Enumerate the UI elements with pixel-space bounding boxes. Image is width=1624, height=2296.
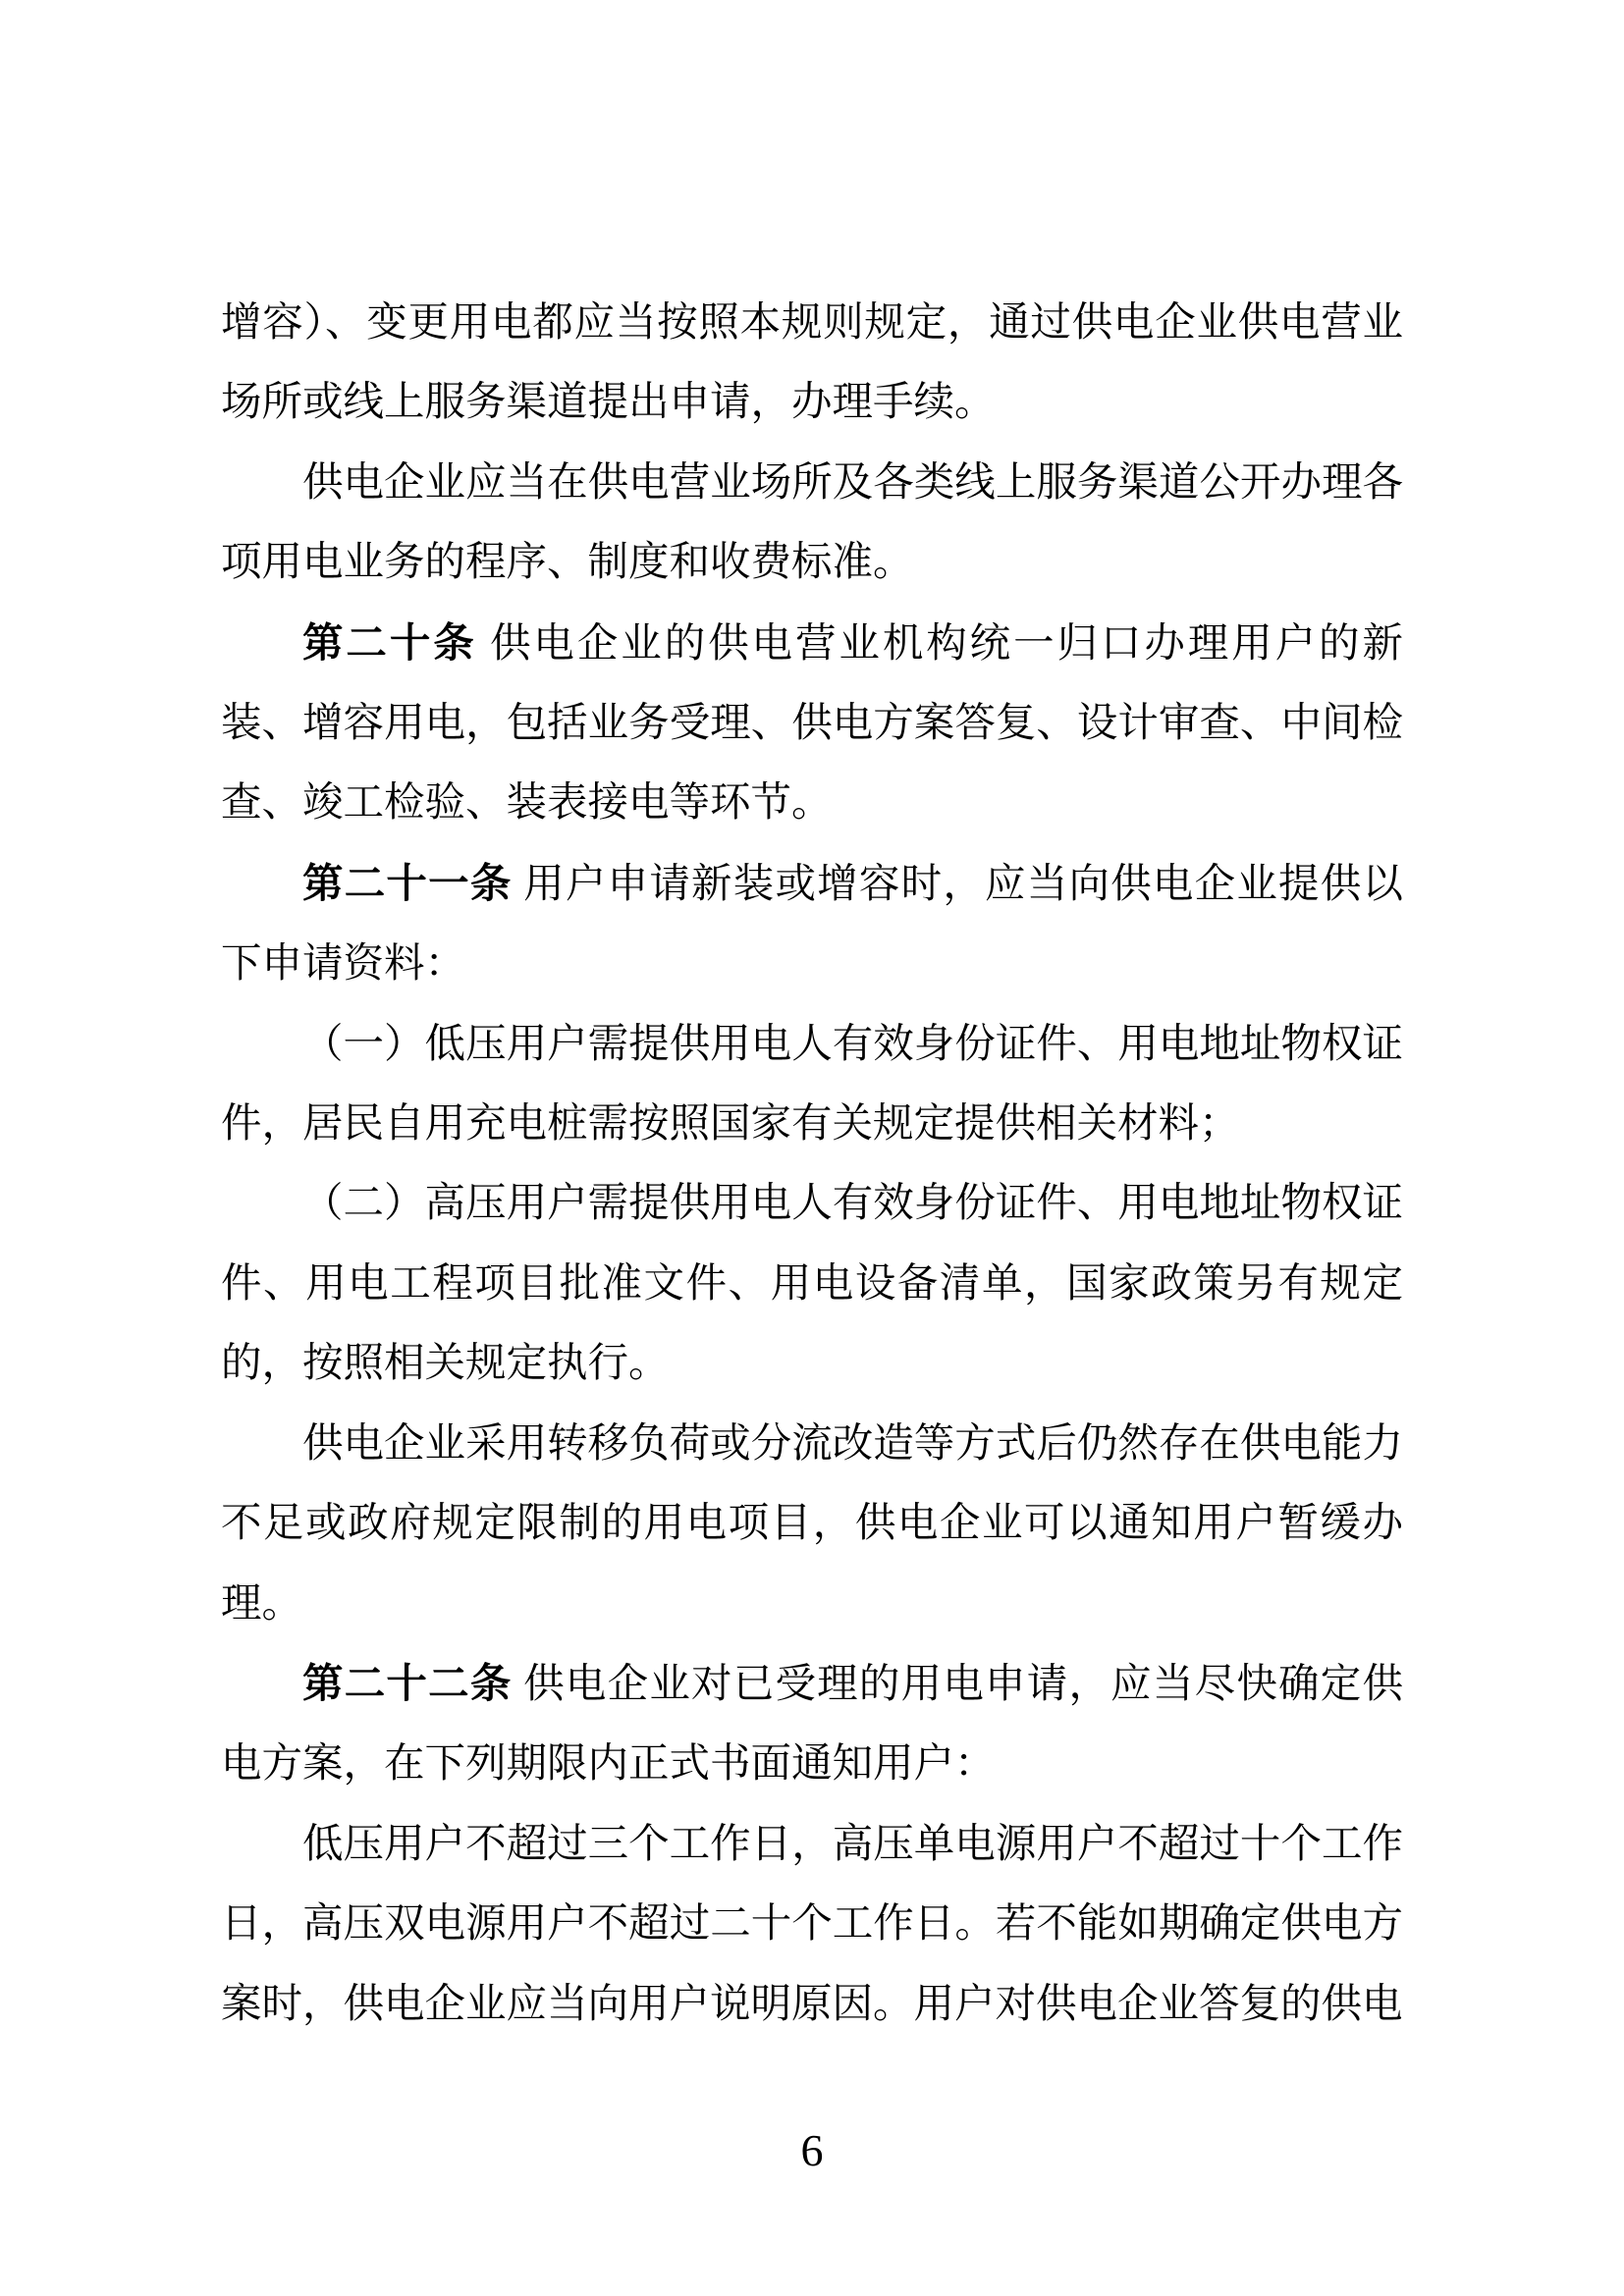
paragraph-text: （二）高压用户需提供用电人有效身份证件、用电地址物权证件、用电工程项目批准文件、… (221, 1180, 1403, 1385)
paragraph: 第二十二条 供电企业对已受理的用电申请，应当尽快确定供电方案，在下列期限内正式书… (221, 1643, 1403, 1804)
document-page: 增容）、变更用电都应当按照本规则规定，通过供电企业供电营业场所或线上服务渠道提出… (0, 0, 1624, 2296)
paragraph-text: 供电企业采用转移负荷或分流改造等方式后仍然存在供电能力不足或政府规定限制的用电项… (221, 1420, 1403, 1626)
paragraph: 第二十一条 用户申请新装或增容时，应当向供电企业提供以下申请资料： (221, 843, 1403, 1004)
article-number: 第二十一条 (302, 860, 513, 906)
text-body: 增容）、变更用电都应当按照本规则规定，通过供电企业供电营业场所或线上服务渠道提出… (221, 283, 1403, 2044)
paragraph-text: （一）低压用户需提供用电人有效身份证件、用电地址物权证件，居民自用充电桩需按照国… (221, 1021, 1403, 1146)
paragraph: 低压用户不超过三个工作日，高压单电源用户不超过十个工作日，高压双电源用户不超过二… (221, 1804, 1403, 2044)
paragraph: 供电企业采用转移负荷或分流改造等方式后仍然存在供电能力不足或政府规定限制的用电项… (221, 1404, 1403, 1643)
paragraph-text: 增容）、变更用电都应当按照本规则规定，通过供电企业供电营业场所或线上服务渠道提出… (221, 299, 1403, 424)
paragraph: （二）高压用户需提供用电人有效身份证件、用电地址物权证件、用电工程项目批准文件、… (221, 1163, 1403, 1403)
paragraph: （一）低压用户需提供用电人有效身份证件、用电地址物权证件，居民自用充电桩需按照国… (221, 1004, 1403, 1164)
page-number: 6 (0, 2128, 1624, 2173)
article-number: 第二十二条 (302, 1660, 513, 1706)
paragraph-text: 低压用户不超过三个工作日，高压单电源用户不超过十个工作日，高压双电源用户不超过二… (221, 1821, 1403, 2026)
paragraph-text: 供电企业应当在供电营业场所及各类线上服务渠道公开办理各项用电业务的程序、制度和收… (221, 459, 1403, 584)
paragraph: 供电企业应当在供电营业场所及各类线上服务渠道公开办理各项用电业务的程序、制度和收… (221, 443, 1403, 603)
paragraph: 第二十条 供电企业的供电营业机构统一归口办理用户的新装、增容用电，包括业务受理、… (221, 603, 1403, 843)
paragraph: 增容）、变更用电都应当按照本规则规定，通过供电企业供电营业场所或线上服务渠道提出… (221, 283, 1403, 443)
article-number: 第二十条 (302, 619, 477, 666)
